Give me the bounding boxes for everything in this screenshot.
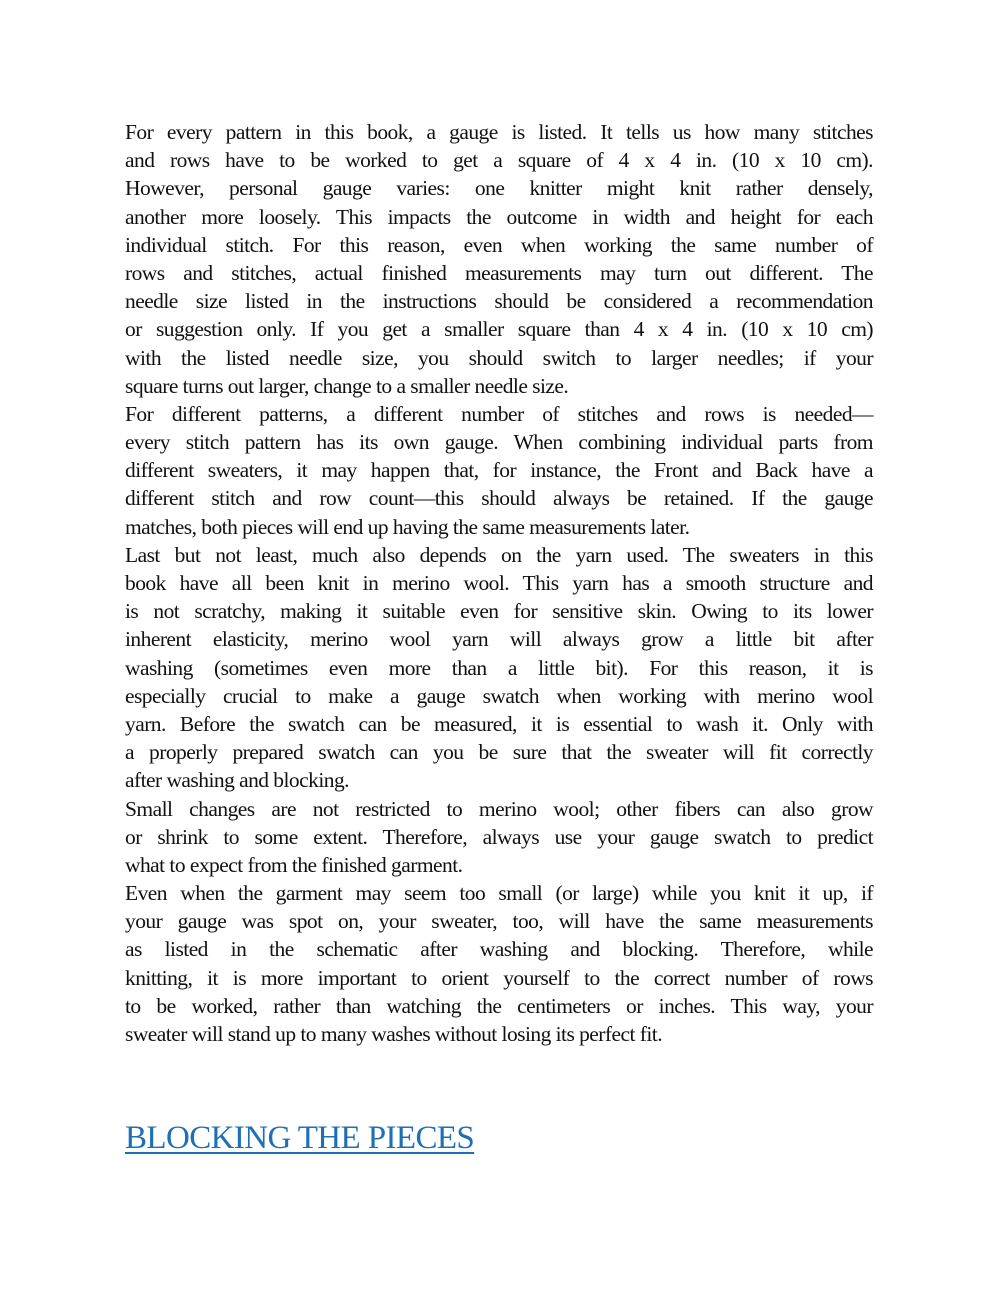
text-line: matches, both pieces will end up having … xyxy=(125,513,873,541)
document-page: For every pattern in this book, a gauge … xyxy=(0,0,1000,1294)
paragraph-gauge-intro: For every pattern in this book, a gauge … xyxy=(125,118,873,400)
text-line: and rows have to be worked to get a squa… xyxy=(125,146,873,174)
text-line: However, personal gauge varies: one knit… xyxy=(125,174,873,202)
body-text: For every pattern in this book, a gauge … xyxy=(125,118,873,1048)
text-line: is not scratchy, making it suitable even… xyxy=(125,597,873,625)
text-line: or shrink to some extent. Therefore, alw… xyxy=(125,823,873,851)
text-line: a properly prepared swatch can you be su… xyxy=(125,738,873,766)
text-line: rows and stitches, actual finished measu… xyxy=(125,259,873,287)
text-line: square turns out larger, change to a sma… xyxy=(125,372,873,400)
text-line: individual stitch. For this reason, even… xyxy=(125,231,873,259)
text-line: different stitch and row count—this shou… xyxy=(125,484,873,512)
text-line: For every pattern in this book, a gauge … xyxy=(125,118,873,146)
paragraph-small-changes: Small changes are not restricted to meri… xyxy=(125,795,873,880)
text-line: yarn. Before the swatch can be measured,… xyxy=(125,710,873,738)
text-line: Last but not least, much also depends on… xyxy=(125,541,873,569)
section-heading-link[interactable]: BLOCKING THE PIECES xyxy=(125,1118,474,1158)
text-line: after washing and blocking. xyxy=(125,766,873,794)
text-line: knitting, it is more important to orient… xyxy=(125,964,873,992)
text-line: For different patterns, a different numb… xyxy=(125,400,873,428)
paragraph-yarn: Last but not least, much also depends on… xyxy=(125,541,873,795)
text-line: another more loosely. This impacts the o… xyxy=(125,203,873,231)
paragraph-garment-size: Even when the garment may seem too small… xyxy=(125,879,873,1048)
text-line: washing (sometimes even more than a litt… xyxy=(125,654,873,682)
text-line: especially crucial to make a gauge swatc… xyxy=(125,682,873,710)
text-line: or suggestion only. If you get a smaller… xyxy=(125,315,873,343)
text-line: every stitch pattern has its own gauge. … xyxy=(125,428,873,456)
text-line: Small changes are not restricted to meri… xyxy=(125,795,873,823)
paragraph-different-patterns: For different patterns, a different numb… xyxy=(125,400,873,541)
text-line: to be worked, rather than watching the c… xyxy=(125,992,873,1020)
text-line: as listed in the schematic after washing… xyxy=(125,935,873,963)
text-line: needle size listed in the instructions s… xyxy=(125,287,873,315)
text-line: different sweaters, it may happen that, … xyxy=(125,456,873,484)
text-line: sweater will stand up to many washes wit… xyxy=(125,1020,873,1048)
text-line: Even when the garment may seem too small… xyxy=(125,879,873,907)
text-line: what to expect from the finished garment… xyxy=(125,851,873,879)
text-line: your gauge was spot on, your sweater, to… xyxy=(125,907,873,935)
text-line: inherent elasticity, merino wool yarn wi… xyxy=(125,625,873,653)
text-line: with the listed needle size, you should … xyxy=(125,344,873,372)
text-line: book have all been knit in merino wool. … xyxy=(125,569,873,597)
